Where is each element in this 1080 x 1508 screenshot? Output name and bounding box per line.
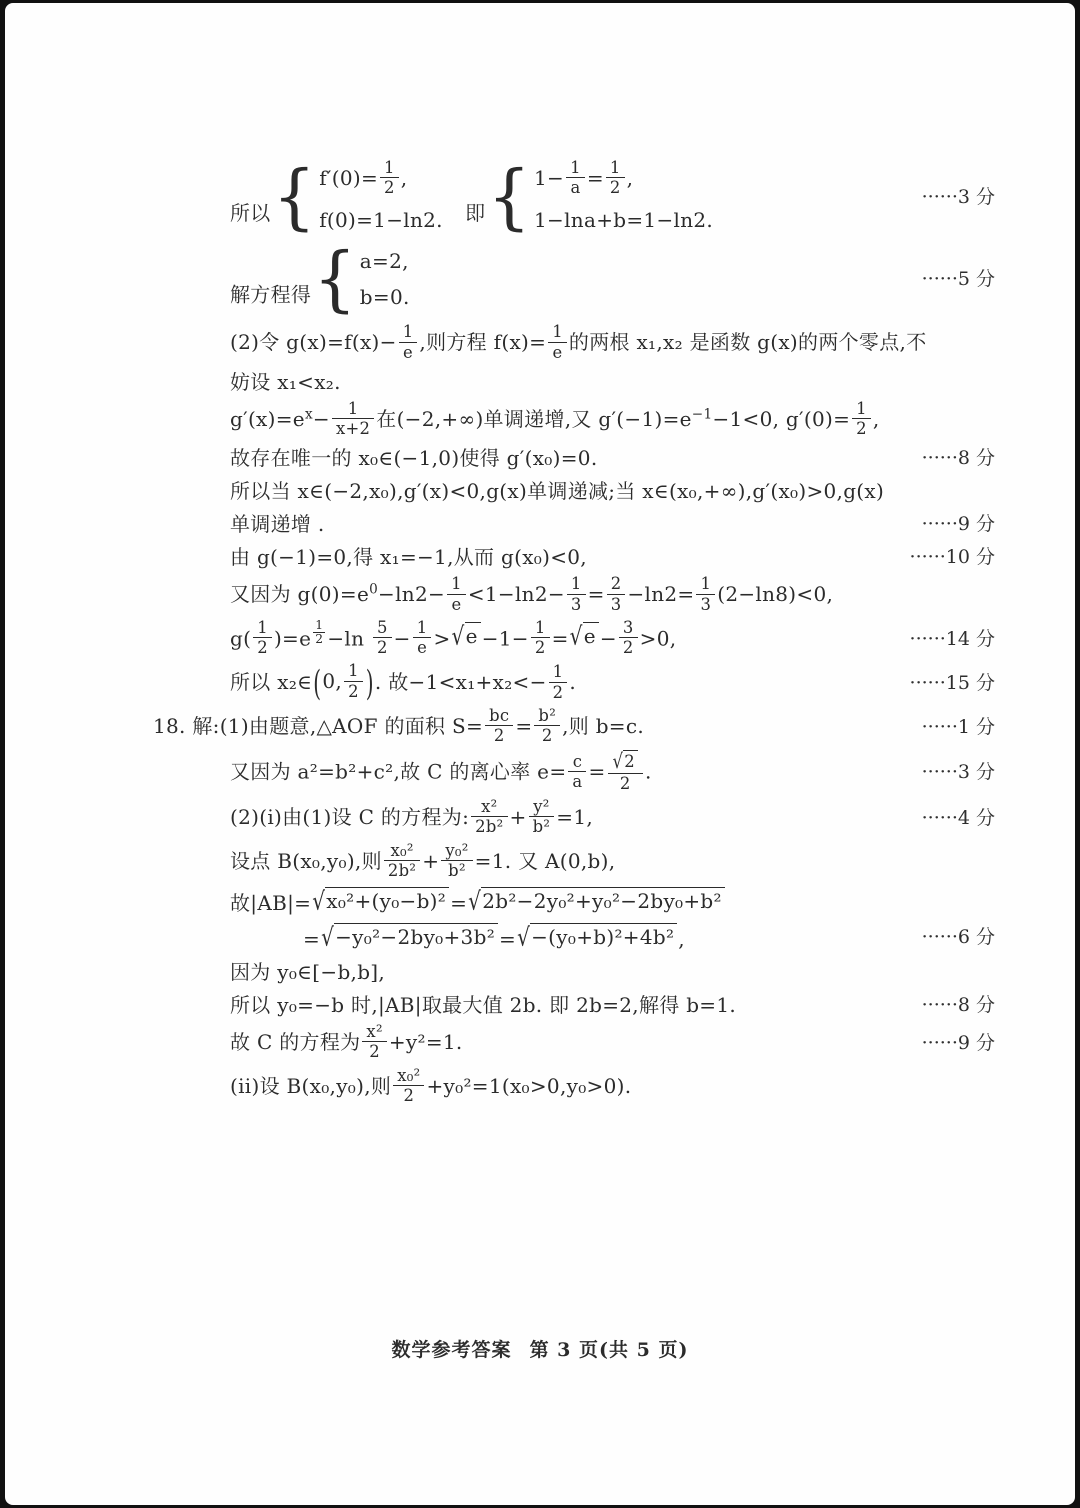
numerator: 1 (447, 575, 466, 594)
score-marker: ······8 分 (877, 993, 995, 1019)
fraction: 12 (852, 400, 871, 437)
radical-sign: √ (321, 924, 334, 949)
fraction: 23 (607, 575, 626, 612)
fraction: √22 (608, 750, 643, 792)
fraction: 1e (447, 575, 466, 612)
score-marker: ······14 分 (877, 627, 995, 653)
fraction: x₀²2 (393, 1067, 424, 1104)
square-root: √−(y₀+b)²+4b² (517, 923, 677, 949)
numerator: 2 (607, 575, 626, 594)
math-expression: 故存在唯一的 x₀∈(−1,0)使得 g′(x₀)=0. (230, 445, 877, 472)
square-root: √e (570, 622, 599, 648)
system-row: f′(0)=12, (319, 161, 443, 198)
math-expression: 故 C 的方程为x²2+y²=1. (230, 1025, 877, 1062)
solution-line: g′(x)=ex−1x+2在(−2,+∞)单调递增,又 g′(−1)=e−1−1… (230, 402, 995, 439)
solution-line: 18. 解:(1)由题意,△AOF 的面积 S=bc2=b²2,则 b=c.··… (153, 709, 995, 746)
score-marker: ······4 分 (877, 806, 995, 832)
score-marker: ······8 分 (877, 446, 995, 472)
radical-sign: √ (452, 623, 465, 648)
solution-content: 所以{f′(0)=12,f(0)=1−ln2. 即{1−1a=12,1−lna+… (153, 161, 995, 1112)
superscript: −1 (692, 406, 713, 422)
math-expression: 因为 y₀∈[−b,b], (230, 959, 995, 986)
denominator: 2b² (384, 861, 420, 879)
numerator: 1 (253, 619, 272, 638)
fraction: 13 (567, 575, 586, 612)
denominator: a (568, 772, 586, 790)
fraction: 1e (548, 323, 567, 360)
solution-line: g(12)=e12−ln 52−1e>√e−1−12=√e−32>0,·····… (230, 621, 995, 659)
math-expression: 妨设 x₁<x₂. (230, 369, 995, 396)
denominator: 2 (531, 638, 550, 656)
denominator: 3 (607, 595, 626, 613)
denominator: 2 (606, 178, 625, 196)
system-row: a=2, (360, 248, 410, 275)
denominator: 2 (313, 633, 325, 646)
solution-line: 单调递增 .······9 分 (230, 511, 995, 538)
solution-line: 所以当 x∈(−2,x₀),g′(x)<0,g(x)单调递减;当 x∈(x₀,+… (230, 478, 995, 505)
fraction: 12 (253, 619, 272, 656)
math-expression: g′(x)=ex−1x+2在(−2,+∞)单调递增,又 g′(−1)=e−1−1… (230, 402, 995, 439)
math-expression: 所以当 x∈(−2,x₀),g′(x)<0,g(x)单调递减;当 x∈(x₀,+… (230, 478, 995, 505)
fraction: x²2b² (471, 798, 507, 835)
fraction: 32 (619, 619, 638, 656)
numerator: y² (529, 798, 555, 817)
solution-line: 所以{f′(0)=12,f(0)=1−ln2. 即{1−1a=12,1−lna+… (230, 161, 995, 234)
score-marker: ······6 分 (877, 925, 995, 951)
fraction: 12 (549, 663, 568, 700)
solution-line: 由 g(−1)=0,得 x₁=−1,从而 g(x₀)<0,······10 分 (230, 544, 995, 571)
solution-line: 故 C 的方程为x²2+y²=1.······9 分 (230, 1025, 995, 1062)
fraction: 12 (344, 662, 363, 699)
denominator: 2 (852, 419, 871, 437)
math-expression: 由 g(−1)=0,得 x₁=−1,从而 g(x₀)<0, (230, 544, 877, 571)
numerator: x² (362, 1023, 386, 1042)
denominator: 2 (393, 1086, 424, 1104)
fraction: 12 (380, 159, 399, 196)
fraction: 13 (696, 575, 715, 612)
denominator: b² (441, 861, 472, 879)
numerator: bc (485, 707, 513, 726)
fraction: 12 (313, 619, 325, 646)
solution-line: (2)令 g(x)=f(x)−1e,则方程 f(x)=1e的两根 x₁,x₂ 是… (230, 325, 995, 362)
denominator: a (566, 178, 585, 196)
math-expression: 所以 y₀=−b 时,|AB|取最大值 2b. 即 2b=2,解得 b=1. (230, 992, 877, 1019)
footer-title: 数学参考答案 (392, 1339, 512, 1361)
denominator: 2 (534, 726, 560, 744)
denominator: 2 (344, 682, 363, 700)
numerator: x₀² (384, 842, 420, 861)
numerator: 1 (696, 575, 715, 594)
numerator: 1 (332, 400, 374, 419)
solution-line: 又因为 a²=b²+c²,故 C 的离心率 e=ca=√22.······3 分 (230, 752, 995, 794)
radical-sign: √ (570, 623, 583, 648)
radical-sign: √ (468, 888, 481, 913)
page-footer: 数学参考答案第 3 页(共 5 页) (5, 1335, 1075, 1362)
math-expression: 18. 解:(1)由题意,△AOF 的面积 S=bc2=b²2,则 b=c. (153, 709, 877, 746)
denominator: 2 (380, 178, 399, 196)
numerator: 1 (548, 323, 567, 342)
math-expression: (ii)设 B(x₀,y₀),则x₀²2+y₀²=1(x₀>0,y₀>0). (230, 1069, 995, 1106)
solution-line: 故|AB|=√x₀²+(y₀−b)²=√2b²−2y₀²+y₀²−2by₀+b² (230, 887, 995, 917)
numerator: y₀² (441, 842, 472, 861)
system-row: 1−1a=12, (534, 161, 713, 198)
score-marker: ······3 分 (877, 760, 995, 786)
score-marker: ······15 分 (877, 671, 995, 697)
numerator: 1 (313, 619, 325, 633)
big-parentheses: (0,12) (312, 664, 375, 701)
denominator: b² (529, 817, 555, 835)
denominator: 2 (253, 638, 272, 656)
solution-line: 所以 y₀=−b 时,|AB|取最大值 2b. 即 2b=2,解得 b=1.··… (230, 992, 995, 1019)
numerator: x² (471, 798, 507, 817)
square-root: √2 (613, 750, 638, 772)
solution-line: =√−y₀²−2by₀+3b²=√−(y₀+b)²+4b²,······6 分 (303, 923, 995, 953)
denominator: e (447, 595, 466, 613)
equation-system: {f′(0)=12,f(0)=1−ln2. (273, 161, 443, 234)
left-brace: { (313, 250, 357, 311)
numerator: x₀² (393, 1067, 424, 1086)
denominator: 2 (373, 638, 392, 656)
math-expression: 所以{f′(0)=12,f(0)=1−ln2. 即{1−1a=12,1−lna+… (230, 161, 877, 234)
numerator: c (568, 753, 586, 772)
numerator: 1 (852, 400, 871, 419)
numerator: 1 (566, 159, 585, 178)
fraction: y²b² (529, 798, 555, 835)
math-expression: 所以 x₂∈(0,12). 故−1<x₁+x₂<−12. (230, 664, 877, 702)
denominator: 3 (696, 595, 715, 613)
superscript: 0 (369, 582, 378, 598)
system-row: f(0)=1−ln2. (319, 207, 443, 234)
numerator: 3 (619, 619, 638, 638)
solution-line: 设点 B(x₀,y₀),则x₀²2b²+y₀²b²=1. 又 A(0,b), (230, 844, 995, 881)
solution-line: 解方程得{a=2,b=0.······5 分 (230, 248, 995, 311)
math-expression: 解方程得{a=2,b=0. (230, 248, 877, 311)
square-root: √e (452, 622, 481, 648)
score-marker: ······1 分 (877, 715, 995, 741)
fraction: 1x+2 (332, 400, 374, 437)
denominator: 2 (619, 638, 638, 656)
square-root: √x₀²+(y₀−b)² (312, 887, 449, 913)
numerator: 1 (413, 619, 432, 638)
fraction: ca (568, 753, 586, 790)
system-row: b=0. (360, 284, 410, 311)
fraction: 1e (399, 323, 418, 360)
denominator: e (548, 343, 567, 361)
fraction: 12 (531, 619, 550, 656)
score-marker: ······9 分 (877, 512, 995, 538)
denominator: e (413, 638, 432, 656)
denominator: 2 (608, 774, 643, 792)
square-root: √−y₀²−2by₀+3b² (321, 923, 498, 949)
solution-line: 故存在唯一的 x₀∈(−1,0)使得 g′(x₀)=0.······8 分 (230, 445, 995, 472)
score-marker: ······3 分 (877, 185, 995, 211)
denominator: e (399, 343, 418, 361)
math-expression: (2)令 g(x)=f(x)−1e,则方程 f(x)=1e的两根 x₁,x₂ 是… (230, 325, 995, 362)
numerator: 1 (549, 663, 568, 682)
denominator: 3 (567, 595, 586, 613)
denominator: x+2 (332, 419, 374, 437)
math-expression: 又因为 a²=b²+c²,故 C 的离心率 e=ca=√22. (230, 752, 877, 794)
numerator: 5 (373, 619, 392, 638)
denominator: 2b² (471, 817, 507, 835)
fraction: b²2 (534, 707, 560, 744)
superscript: x (305, 406, 313, 422)
system-row: 1−lna+b=1−ln2. (534, 207, 713, 234)
score-marker: ······9 分 (877, 1031, 995, 1057)
numerator: √2 (608, 750, 643, 774)
fraction: 1e (413, 619, 432, 656)
math-expression: 又因为 g(0)=e0−ln2−1e<1−ln2−13=23−ln2=13(2−… (230, 577, 995, 614)
solution-line: (2)(i)由(1)设 C 的方程为:x²2b²+y²b²=1,······4 … (230, 800, 995, 837)
math-expression: =√−y₀²−2by₀+3b²=√−(y₀+b)²+4b², (303, 923, 877, 953)
math-expression: (2)(i)由(1)设 C 的方程为:x²2b²+y²b²=1, (230, 800, 877, 837)
score-marker: ······10 分 (877, 545, 995, 571)
fraction: x²2 (362, 1023, 386, 1060)
numerator: 1 (567, 575, 586, 594)
numerator: 1 (531, 619, 550, 638)
solution-line: 妨设 x₁<x₂. (230, 369, 995, 396)
numerator: b² (534, 707, 560, 726)
left-brace: { (487, 167, 531, 228)
solution-line: 又因为 g(0)=e0−ln2−1e<1−ln2−13=23−ln2=13(2−… (230, 577, 995, 614)
fraction: bc2 (485, 707, 513, 744)
numerator: 1 (344, 662, 363, 681)
math-expression: 单调递增 . (230, 511, 877, 538)
equation-system: {a=2,b=0. (313, 248, 409, 311)
solution-line: (ii)设 B(x₀,y₀),则x₀²2+y₀²=1(x₀>0,y₀>0). (230, 1069, 995, 1106)
footer-page-number: 第 3 页(共 5 页) (530, 1339, 689, 1361)
math-expression: 设点 B(x₀,y₀),则x₀²2b²+y₀²b²=1. 又 A(0,b), (230, 844, 995, 881)
math-expression: 故|AB|=√x₀²+(y₀−b)²=√2b²−2y₀²+y₀²−2by₀+b² (230, 887, 995, 917)
radical-sign: √ (613, 752, 624, 773)
radical-sign: √ (312, 888, 325, 913)
numerator: 1 (606, 159, 625, 178)
fraction: y₀²b² (441, 842, 472, 879)
equation-system: {1−1a=12,1−lna+b=1−ln2. (487, 161, 713, 234)
superscript: 12 (311, 626, 327, 642)
denominator: 2 (549, 683, 568, 701)
square-root: √2b²−2y₀²+y₀²−2by₀+b² (468, 887, 725, 913)
document-page: 所以{f′(0)=12,f(0)=1−ln2. 即{1−1a=12,1−lna+… (5, 3, 1075, 1505)
math-expression: g(12)=e12−ln 52−1e>√e−1−12=√e−32>0, (230, 621, 877, 659)
fraction: 12 (606, 159, 625, 196)
radical-sign: √ (517, 924, 530, 949)
score-marker: ······5 分 (877, 267, 995, 293)
fraction: x₀²2b² (384, 842, 420, 879)
denominator: 2 (362, 1042, 386, 1060)
fraction: 1a (566, 159, 585, 196)
left-brace: { (273, 167, 317, 228)
solution-line: 因为 y₀∈[−b,b], (230, 959, 995, 986)
fraction: 52 (373, 619, 392, 656)
numerator: 1 (380, 159, 399, 178)
solution-line: 所以 x₂∈(0,12). 故−1<x₁+x₂<−12.······15 分 (230, 664, 995, 702)
numerator: 1 (399, 323, 418, 342)
denominator: 2 (485, 726, 513, 744)
